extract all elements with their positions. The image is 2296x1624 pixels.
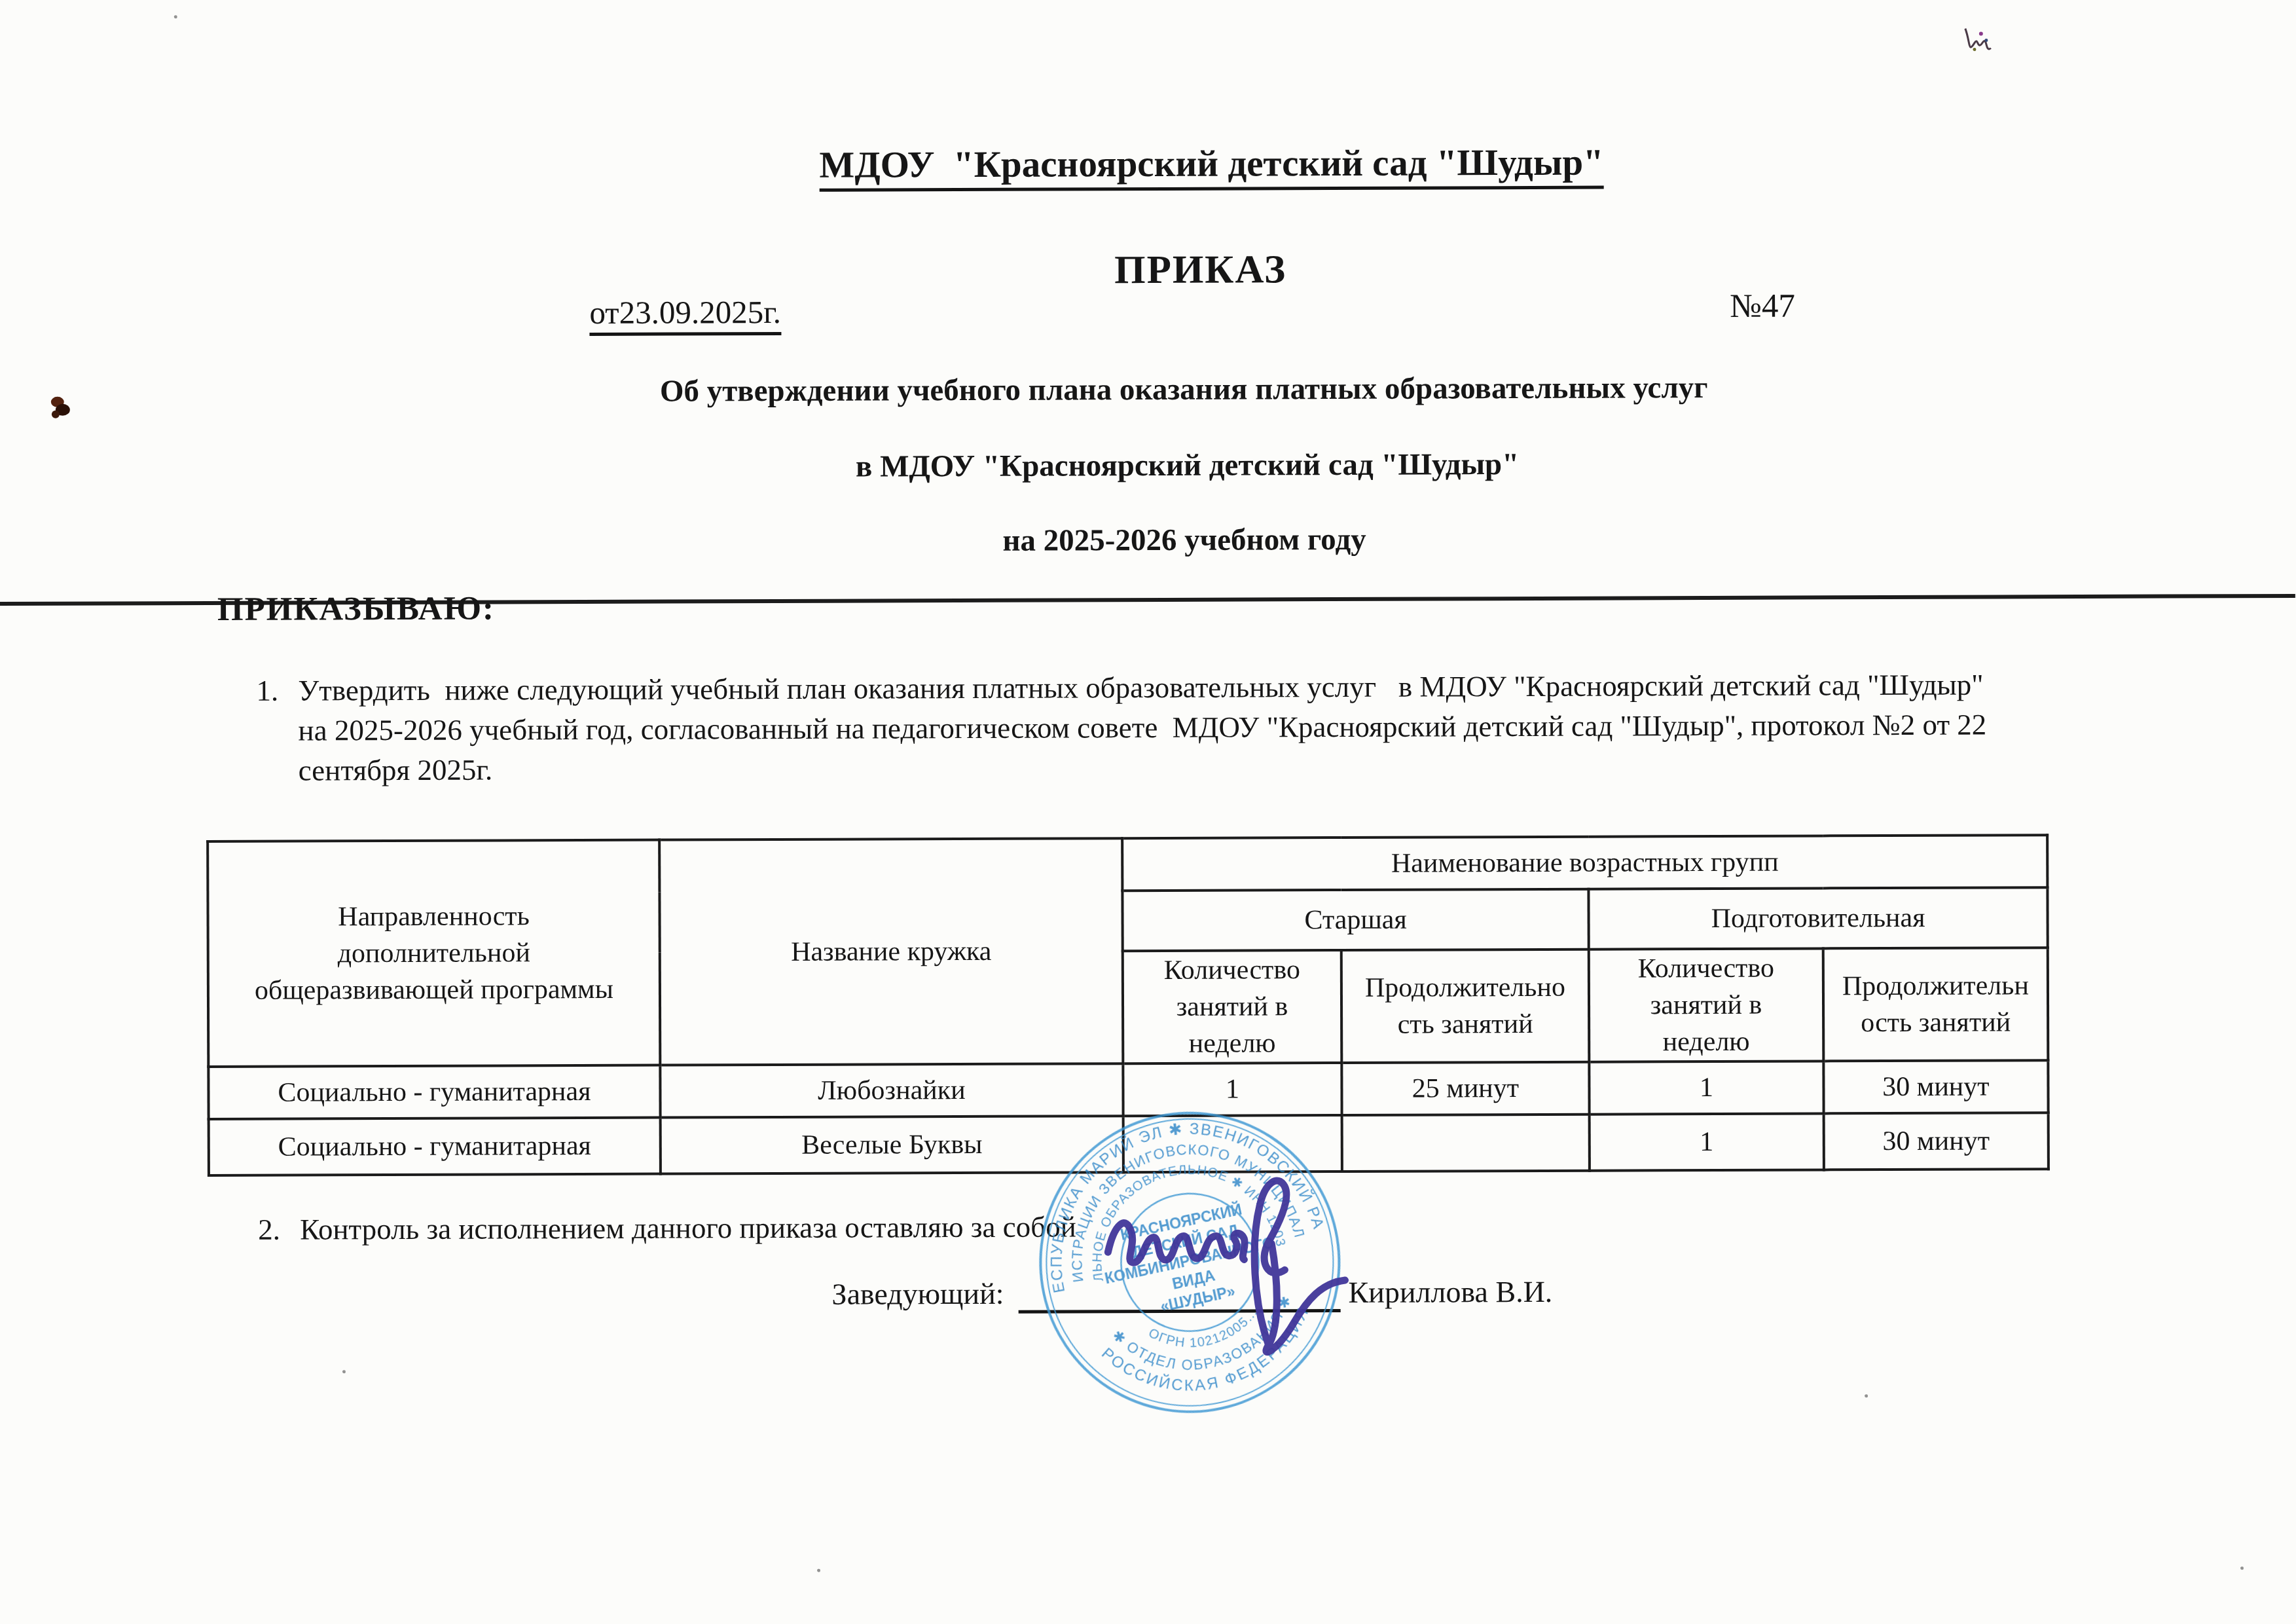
cell-senior-duration xyxy=(1342,1115,1590,1172)
table-header-prep-duration: Продолжительн ость занятий xyxy=(1823,948,2049,1061)
signature-role-label: Заведующий: xyxy=(831,1276,1004,1312)
order-item-2-number: 2. xyxy=(258,1210,300,1250)
doc-type-heading: ПРИКАЗ xyxy=(1114,247,1286,293)
table-header-age-groups: Наименование возрастных групп xyxy=(1122,835,2047,891)
scan-artifact-ink-blob xyxy=(48,394,75,423)
cell-direction: Социально - гуманитарная xyxy=(208,1065,660,1119)
scan-speck xyxy=(1865,1394,1868,1397)
table-header-club-name: Название кружка xyxy=(659,838,1123,1065)
table-header-senior-group: Старшая xyxy=(1122,889,1588,951)
cell-prep-duration: 30 минут xyxy=(1824,1113,2049,1170)
subject-line-2: в МДОУ "Красноярский детский сад "Шудыр" xyxy=(39,444,2296,487)
table-header-direction: Направленность дополнительной общеразвив… xyxy=(208,840,660,1067)
order-item-1-number: 1. xyxy=(256,671,299,791)
subject-line-1: Об утверждении учебного плана оказания п… xyxy=(36,368,2296,411)
scan-speck xyxy=(342,1370,346,1373)
signature-person-name: Кириллова В.И. xyxy=(1348,1274,1552,1310)
cell-direction: Социально - гуманитарная xyxy=(209,1118,661,1175)
table-header-senior-duration: Продолжительно сть занятий xyxy=(1341,950,1590,1063)
signature-stroke-zigzag xyxy=(1108,1223,1245,1263)
handwritten-signature xyxy=(1075,1145,1377,1369)
scan-speck xyxy=(2240,1566,2244,1570)
order-item-2: 2. Контроль за исполнением данного прика… xyxy=(258,1205,1698,1250)
scan-speck xyxy=(174,15,177,18)
signature-stroke-tail xyxy=(1266,1244,1345,1352)
signature-stroke-loop xyxy=(1254,1181,1287,1343)
doc-number: №47 xyxy=(1730,287,1795,325)
scan-speck xyxy=(817,1569,820,1572)
resolution-word: ПРИКАЗЫВАЮ: xyxy=(217,589,495,628)
org-title: МДОУ "Красноярский детский сад "Шудыр" xyxy=(819,141,1603,187)
scanned-order-page: МДОУ "Красноярский детский сад "Шудыр" П… xyxy=(0,0,2296,1624)
table-header-prep-count: Количество занятий в неделю xyxy=(1589,948,1824,1061)
cell-senior-duration: 25 минут xyxy=(1341,1062,1589,1115)
doc-date: от23.09.2025г. xyxy=(589,293,781,336)
subject-line-3: на 2025-2026 учебном году xyxy=(36,519,2296,562)
order-item-1-text: Утвердить ниже следующий учебный план ок… xyxy=(298,665,1986,791)
table-header-preparatory-group: Подготовительная xyxy=(1588,887,2047,949)
cell-prep-duration: 30 минут xyxy=(1823,1060,2048,1113)
scan-artifact-color-squiggle xyxy=(1961,23,1998,60)
document-sheet: МДОУ "Красноярский детский сад "Шудыр" П… xyxy=(0,0,2296,1624)
order-item-1: 1. Утвердить ниже следующий учебный план… xyxy=(256,664,2247,791)
order-item-2-text: Контроль за исполнением данного приказа … xyxy=(300,1207,1076,1249)
org-title-text: МДОУ "Красноярский детский сад "Шудыр" xyxy=(819,142,1603,192)
table-header-senior-count: Количество занятий в неделю xyxy=(1123,950,1342,1063)
cell-prep-count: 1 xyxy=(1589,1061,1823,1114)
cell-prep-count: 1 xyxy=(1590,1113,1824,1170)
